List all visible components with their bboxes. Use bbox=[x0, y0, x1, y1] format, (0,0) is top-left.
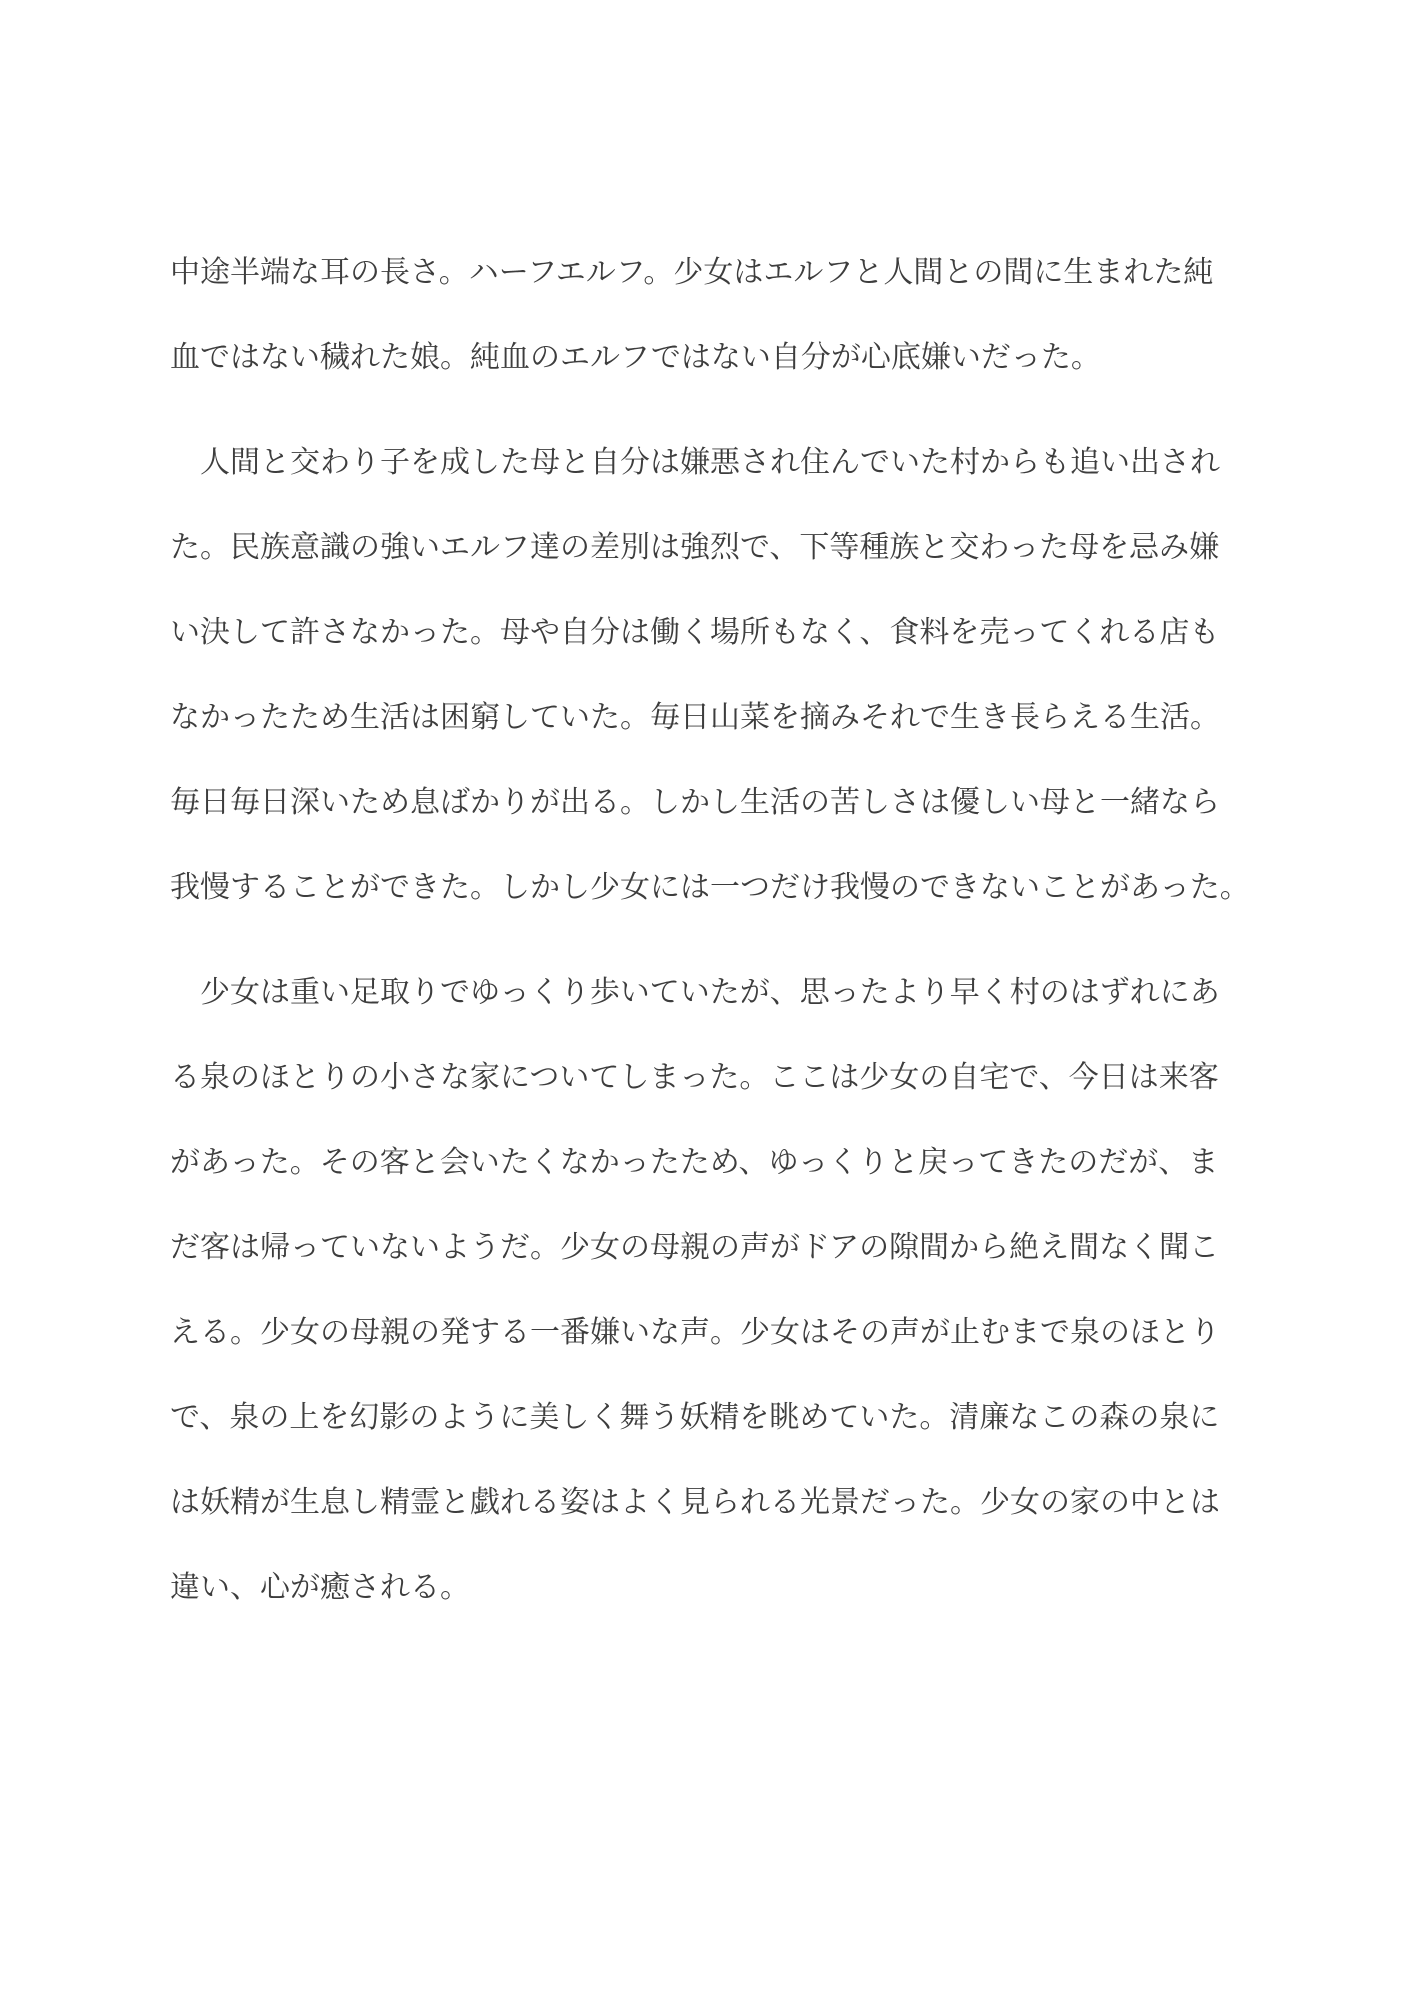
paragraph: 中途半端な耳の長さ。ハーフエルフ。少女はエルフと人間との間に生まれた純血ではない… bbox=[170, 230, 1290, 400]
text-line: 我慢することができた。しかし少女には一つだけ我慢のできないことがあった。 bbox=[170, 845, 1290, 930]
text-line: える。少女の母親の発する一番嫌いな声。少女はその声が止むまで泉のほとり bbox=[170, 1290, 1290, 1375]
text-line: 毎日毎日深いため息ばかりが出る。しかし生活の苦しさは優しい母と一緒なら bbox=[170, 760, 1290, 845]
text-line: 少女は重い足取りでゆっくり歩いていたが、思ったより早く村のはずれにあ bbox=[170, 950, 1290, 1035]
text-line: 中途半端な耳の長さ。ハーフエルフ。少女はエルフと人間との間に生まれた純 bbox=[170, 230, 1290, 315]
text-line: 血ではない穢れた娘。純血のエルフではない自分が心底嫌いだった。 bbox=[170, 315, 1290, 400]
text-line: る泉のほとりの小さな家についてしまった。ここは少女の自宅で、今日は来客 bbox=[170, 1035, 1290, 1120]
text-line: 人間と交わり子を成した母と自分は嫌悪され住んでいた村からも追い出され bbox=[170, 420, 1290, 505]
document-page: 中途半端な耳の長さ。ハーフエルフ。少女はエルフと人間との間に生まれた純血ではない… bbox=[0, 0, 1414, 2000]
text-line: なかったため生活は困窮していた。毎日山菜を摘みそれで生き長らえる生活。 bbox=[170, 675, 1290, 760]
text-line: は妖精が生息し精霊と戯れる姿はよく見られる光景だった。少女の家の中とは bbox=[170, 1460, 1290, 1545]
story-text-body: 中途半端な耳の長さ。ハーフエルフ。少女はエルフと人間との間に生まれた純血ではない… bbox=[170, 230, 1290, 1630]
text-line: 違い、心が癒される。 bbox=[170, 1545, 1290, 1630]
paragraph: 人間と交わり子を成した母と自分は嫌悪され住んでいた村からも追い出された。民族意識… bbox=[170, 420, 1290, 930]
text-line: で、泉の上を幻影のように美しく舞う妖精を眺めていた。清廉なこの森の泉に bbox=[170, 1375, 1290, 1460]
text-line: だ客は帰っていないようだ。少女の母親の声がドアの隙間から絶え間なく聞こ bbox=[170, 1205, 1290, 1290]
text-line: い決して許さなかった。母や自分は働く場所もなく、食料を売ってくれる店も bbox=[170, 590, 1290, 675]
text-line: た。民族意識の強いエルフ達の差別は強烈で、下等種族と交わった母を忌み嫌 bbox=[170, 505, 1290, 590]
text-line: があった。その客と会いたくなかったため、ゆっくりと戻ってきたのだが、ま bbox=[170, 1120, 1290, 1205]
paragraph: 少女は重い足取りでゆっくり歩いていたが、思ったより早く村のはずれにある泉のほとり… bbox=[170, 950, 1290, 1630]
